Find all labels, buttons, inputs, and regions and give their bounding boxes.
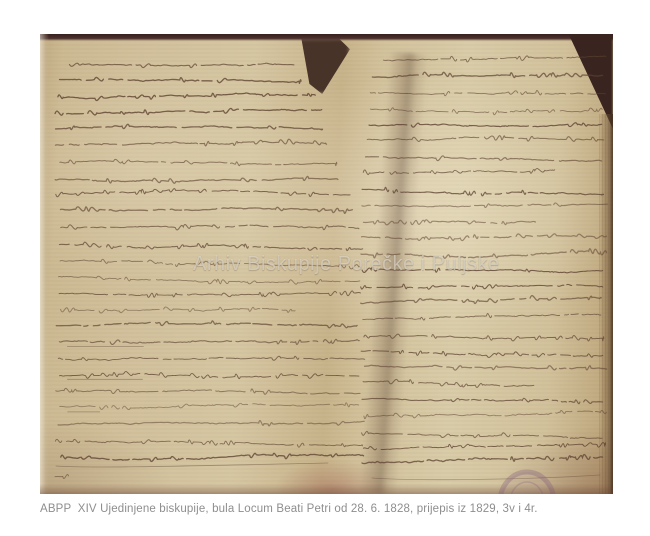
archive-watermark: Arhiv Biskupije Porečke i Puljske xyxy=(193,253,500,276)
archive-stamp xyxy=(500,472,554,494)
manuscript-photo: Arhiv Biskupije Porečke i Puljske xyxy=(40,34,613,494)
page-background: Arhiv Biskupije Porečke i Puljske ABPP X… xyxy=(0,0,650,536)
photo-caption: ABPP XIV Ujedinjene biskupije, bula Locu… xyxy=(40,503,538,515)
